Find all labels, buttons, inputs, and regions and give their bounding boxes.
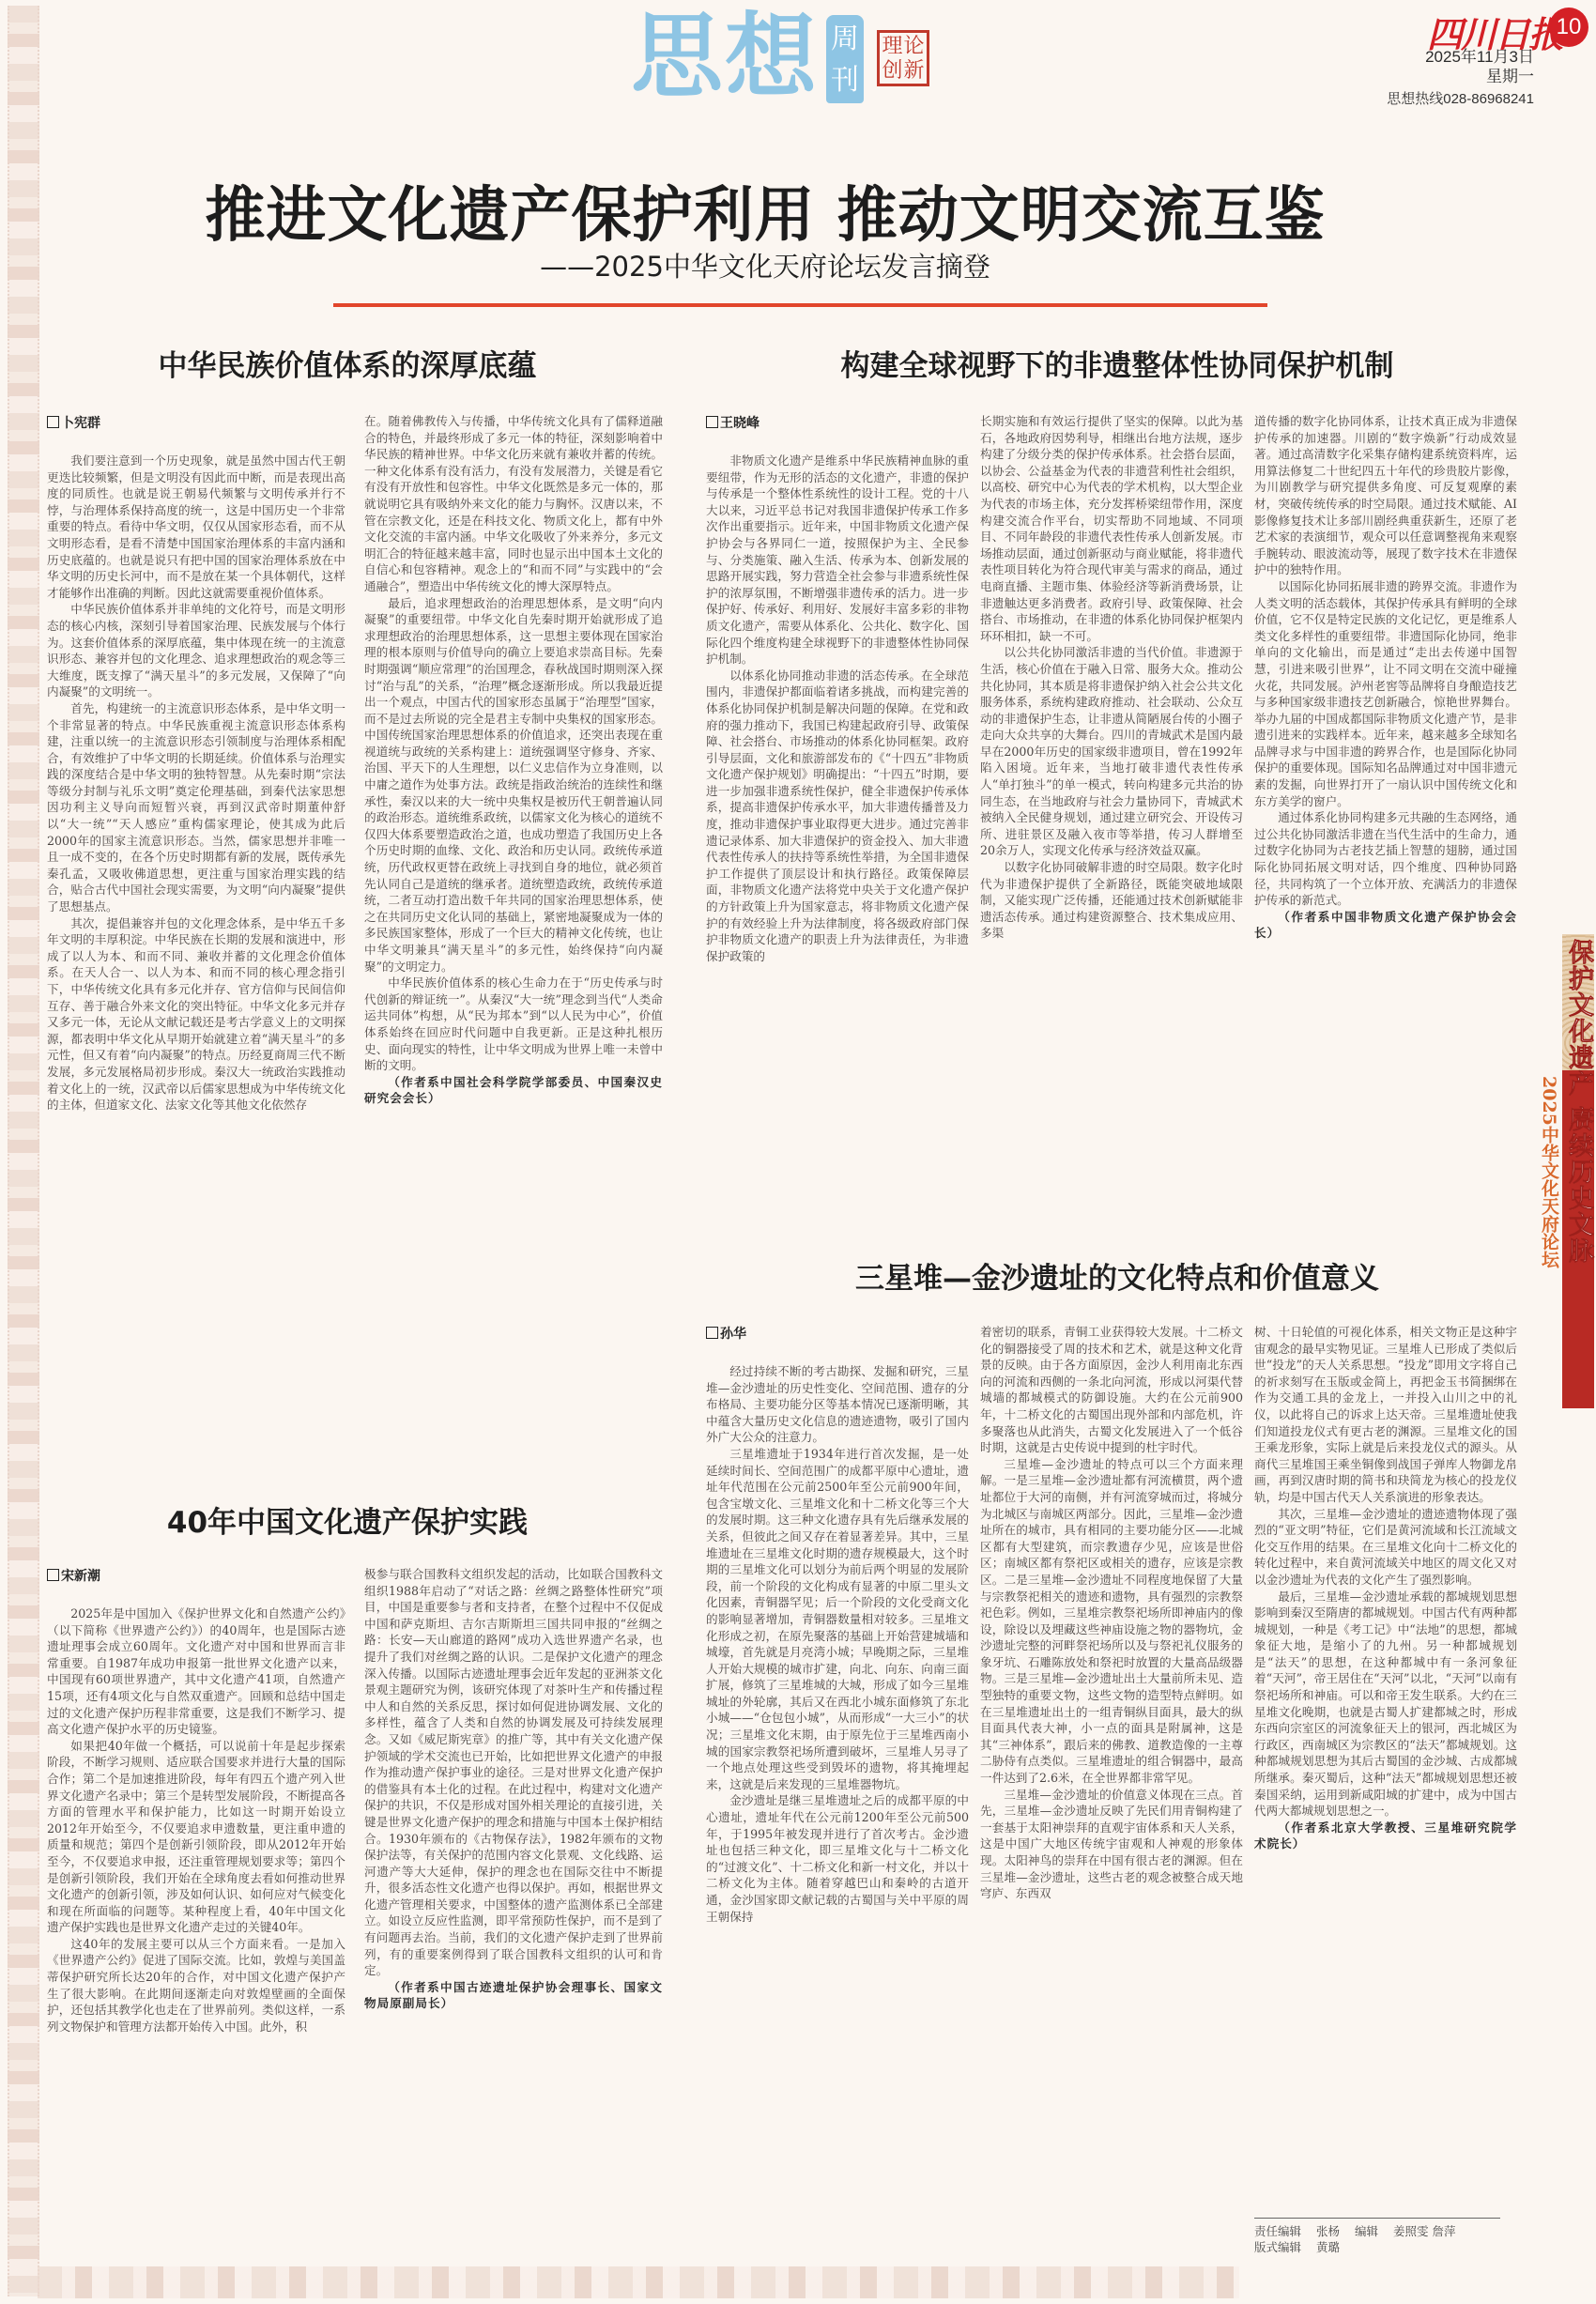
article-column: 道传播的数字化协同体系，让技术真正成为非遗保护传承的加速器。川剧的“数字焕新”行…	[1254, 413, 1517, 1230]
section-badge: 周刊	[826, 15, 864, 103]
paragraph: 在。随着佛教传入与传播，中华传统文化具有了儒释道融合的特色，并最终形成了多元一体…	[364, 413, 663, 595]
paragraph: 经过持续不断的考古勘探、发掘和研究，三星堆—金沙遗址的历史性变化、空间范围、遗存…	[706, 1363, 969, 1446]
page-number-badge: 10	[1549, 8, 1588, 47]
article-title: 40年中国文化遗产保护实践	[38, 1498, 657, 1541]
main-headline: 推进文化遗产保护利用 推动文明交流互鉴	[0, 167, 1530, 253]
paragraph: 以国际化协同拓展非遗的跨界交流。非遗作为人类文明的活态载体，其保护传承具有鲜明的…	[1254, 578, 1517, 809]
article-byline: 卜宪群	[47, 413, 100, 432]
paragraph: 2025年是中国加入《保护世界文化和自然遗产公约》（以下简称《世界遗产公约》）的…	[47, 1605, 345, 1738]
article-byline: 宋新潮	[47, 1566, 100, 1585]
seal-stamp: 理 论 创 新	[877, 30, 929, 86]
decorative-border-bottom	[38, 2266, 1239, 2298]
banner-title: 保护文化遗产 赓续历史文脉	[1564, 939, 1592, 1264]
credit-role: 责任编辑	[1254, 2224, 1301, 2238]
author-note: （作者系中国非物质文化遗产保护协会会长）	[1254, 909, 1517, 942]
weekday-text: 星期一	[1425, 67, 1534, 86]
seal-char: 理	[882, 35, 903, 59]
seal-char: 创	[882, 59, 903, 84]
paragraph: 以体系化协同推动非遗的活态传承。在全球范围内，非遗保护都面临着诸多挑战，而构建完…	[706, 668, 969, 965]
article-byline: 孙华	[706, 1324, 746, 1343]
paragraph: 以公共化协同激活非遗的当代价值。非遗源于生活，核心价值在于融入日常、服务大众。推…	[980, 644, 1243, 859]
paragraph: 三星堆遗址于1934年进行首次发掘，是一处延续时间长、空间范围广的成都平原中心遗…	[706, 1446, 969, 1792]
article-title: 构建全球视野下的非遗整体性协同保护机制	[695, 342, 1540, 384]
paragraph: 着密切的联系，青铜工业获得较大发展。十二桥文化的铜器接受了周的技术和艺术，就是这…	[980, 1324, 1243, 1456]
banner-subtitle: 2025中华文化天府论坛	[1536, 1076, 1560, 1268]
credit-role: 版式编辑	[1254, 2240, 1301, 2254]
paragraph: 道传播的数字化协同体系，让技术真正成为非遗保护传承的加速器。川剧的“数字焕新”行…	[1254, 413, 1517, 578]
article-column: 极参与联合国教科文组织发起的活动，比如联合国教科文组织1988年启动了“对话之路…	[364, 1566, 663, 2251]
hotline: 思想热线028-86968241	[1387, 88, 1534, 108]
paragraph: 如果把40年做一个概括，可以说前十年是起步探索阶段，不断学习规则、适应联合国要求…	[47, 1738, 345, 1936]
article-column: 经过持续不断的考古勘探、发掘和研究，三星堆—金沙遗址的历史性变化、空间范围、遗存…	[706, 1363, 969, 2246]
credits-line: 版式编辑 黄璐	[1254, 2239, 1466, 2255]
paragraph: 树、十日轮值的可视化体系，相关文物正是这种宇宙观念的最早实物见证。三星堆人已形成…	[1254, 1324, 1517, 1506]
paragraph: 三星堆—金沙遗址的特点可以三个方面来理解。一是三星堆—金沙遗址都有河流横贯，两个…	[980, 1456, 1243, 1787]
article-column: 着密切的联系，青铜工业获得较大发展。十二桥文化的铜器接受了周的技术和艺术，就是这…	[980, 1324, 1243, 2249]
credit-name: 黄璐	[1316, 2240, 1340, 2254]
paragraph: 非物质文化遗产是维系中华民族精神血脉的重要纽带，作为无形的活态的文化遗产，非遗的…	[706, 453, 969, 668]
article-column: 我们要注意到一个历史现象，就是虽然中国古代王朝更迭比较频繁，但是文明没有因此而中…	[47, 453, 345, 1314]
paragraph: 中华民族价值体系并非单纯的文化符号，而是文明形态的核心内核，深刻引导着国家治理、…	[47, 601, 345, 700]
paragraph: 最后，追求理想政治的治理思想体系，是文明“向内凝聚”的重要纽带。中华文化自先秦时…	[364, 595, 663, 975]
author-note: （作者系中国社会科学院学部委员、中国秦汉史研究会会长）	[364, 1074, 663, 1107]
section-title: 思想	[631, 6, 819, 109]
paragraph: 首先，构建统一的主流意识形态体系，是中华文明一个非常显著的特点。中华民族重视主流…	[47, 700, 345, 915]
article-byline: 王晓峰	[706, 413, 760, 432]
article-column: 2025年是中国加入《保护世界文化和自然遗产公约》（以下简称《世界遗产公约》）的…	[47, 1605, 345, 2253]
headline-divider	[333, 303, 1267, 307]
credits-line: 责任编辑 张杨 编辑 姜照雯 詹萍	[1254, 2223, 1466, 2239]
credit-name: 张杨	[1316, 2224, 1340, 2238]
article-column: 在。随着佛教传入与传播，中华传统文化具有了儒释道融合的特色，并最终形成了多元一体…	[364, 413, 663, 1352]
credit-name: 姜照雯 詹萍	[1393, 2224, 1455, 2238]
article-column: 树、十日轮值的可视化体系，相关文物正是这种宇宙观念的最早实物见证。三星堆人已形成…	[1254, 1324, 1517, 2206]
paragraph: 最后，三星堆—金沙遗址承载的都城规划思想影响到秦汉至隋唐的都城规划。中国古代有两…	[1254, 1589, 1517, 1820]
article-title: 中华民族价值体系的深厚底蕴	[56, 342, 638, 384]
paragraph: 极参与联合国教科文组织发起的活动，比如联合国教科文组织1988年启动了“对话之路…	[364, 1566, 663, 1979]
paragraph: 我们要注意到一个历史现象，就是虽然中国古代王朝更迭比较频繁，但是文明没有因此而中…	[47, 453, 345, 601]
issue-date: 2025年11月3日 星期一	[1425, 47, 1534, 86]
paragraph: 长期实施和有效运行提供了坚实的保障。以此为基石，各地政府因势利导，相继出台地方法…	[980, 413, 1243, 644]
credit-role: 编辑	[1355, 2224, 1378, 2238]
paragraph: 中华民族价值体系的核心生命力在于“历史传承与时代创新的辩证统一”。从秦汉“大一统…	[364, 975, 663, 1074]
author-note: （作者系中国古迹遗址保护协会理事长、国家文物局原副局长）	[364, 1979, 663, 2012]
seal-char: 新	[903, 59, 925, 84]
paragraph: 通过体系化协同构建多元共融的生态网络，通过公共化协同激活非遗在当代生活中的生命力…	[1254, 809, 1517, 909]
author-note: （作者系北京大学教授、三星堆研究院学术院长）	[1254, 1820, 1517, 1852]
article-title: 三星堆—金沙遗址的文化特点和价值意义	[695, 1254, 1540, 1297]
main-subheadline: ——2025中华文化天府论坛发言摘登	[0, 246, 1530, 284]
seal-char: 论	[903, 35, 925, 59]
editor-credits: 责任编辑 张杨 编辑 姜照雯 詹萍 版式编辑 黄璐	[1254, 2223, 1466, 2255]
date-text: 2025年11月3日	[1425, 47, 1534, 67]
paragraph: 以数字化协同破解非遗的时空局限。数字化时代为非遗保护提供了全新路径，既能突破地域…	[980, 859, 1243, 942]
article-column: 非物质文化遗产是维系中华民族精神血脉的重要纽带，作为无形的活态的文化遗产，非遗的…	[706, 453, 969, 1232]
decorative-border-left	[8, 6, 39, 2296]
paragraph: 其次，三星堆—金沙遗址的遗迹遗物体现了强烈的“亚文明”特征，它们是黄河流域和长江…	[1254, 1506, 1517, 1589]
paragraph: 金沙遗址是继三星堆遗址之后的成都平原的中心遗址，遗址年代在公元前1200年至公元…	[706, 1792, 969, 1925]
paragraph: 三星堆—金沙遗址的价值意义体现在三点。首先，三星堆—金沙遗址反映了先民们用青铜构…	[980, 1787, 1243, 1902]
paragraph: 其次，提倡兼容并包的文化理念体系，是中华五千多年文明的丰厚积淀。中华民族在长期的…	[47, 915, 345, 1114]
credits-divider	[1254, 2218, 1500, 2219]
article-column: 长期实施和有效运行提供了坚实的保障。以此为基石，各地政府因势利导，相继出台地方法…	[980, 413, 1243, 1230]
paragraph: 这40年的发展主要可以从三个方面来看。一是加入《世界遗产公约》促进了国际交流。比…	[47, 1936, 345, 2035]
